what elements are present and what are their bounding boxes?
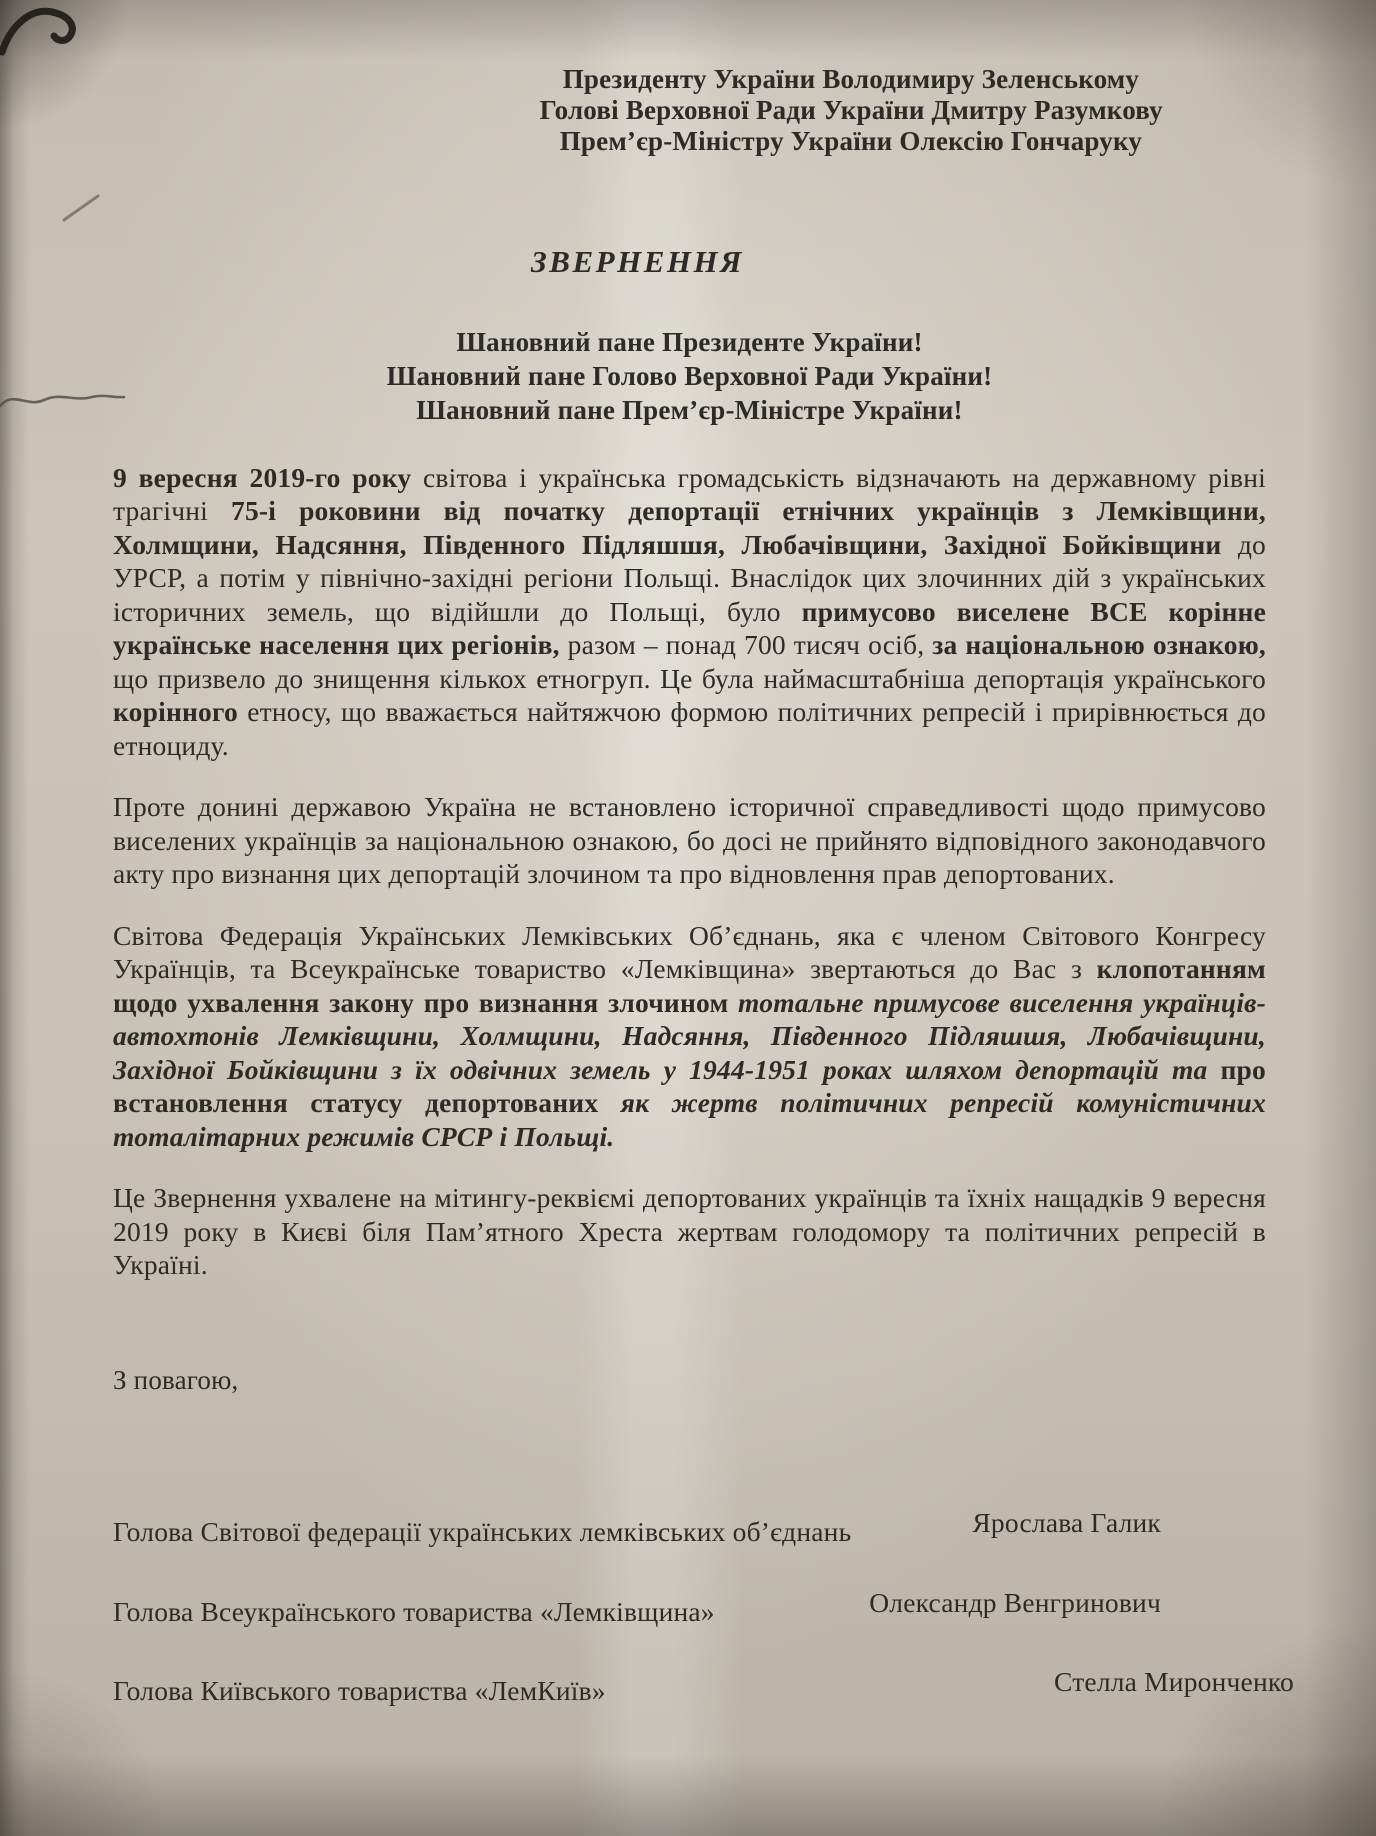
salutation-line: Шановний пане Президенте України!: [113, 325, 1266, 359]
left-margin-stroke-mark: [58, 188, 108, 228]
closing-salutation: З повагою,: [113, 1364, 1266, 1398]
addressee-line: Прем’єр-Міністру України Олексію Гончару…: [540, 126, 1163, 157]
text-run: Світова Федерація Українських Лемківськи…: [113, 920, 1266, 985]
letter-content: Президенту України Володимиру Зеленськом…: [113, 0, 1266, 1754]
addressee-line: Голові Верховної Ради України Дмитру Раз…: [540, 95, 1163, 126]
scanned-letter-page: Президенту України Володимиру Зеленськом…: [0, 0, 1376, 1836]
salutation-line: Шановний пане Голово Верховної Ради Укра…: [113, 359, 1266, 393]
text-run: 75-і роковини від початку депортації етн…: [113, 495, 1266, 560]
text-run: 9 вересня 2019-го року: [113, 462, 423, 493]
paragraph: 9 вересня 2019-го року світова і українс…: [113, 461, 1266, 763]
salutation-block: Шановний пане Президенте України!Шановни…: [113, 325, 1266, 427]
signature-role: Голова Всеукраїнського товариства «Лемкі…: [113, 1595, 715, 1629]
signature-role: Голова Світової федерації українських ле…: [113, 1515, 851, 1549]
paragraph: Проте донині державою Україна не встанов…: [113, 790, 1266, 891]
signature-block: Голова Світової федерації українських ле…: [113, 1515, 1266, 1708]
text-run: за національною ознакою,: [932, 629, 1266, 660]
signature-role: Голова Київського товариства «ЛемКиїв»: [113, 1674, 606, 1708]
signature-row: Голова Світової федерації українських ле…: [113, 1515, 1266, 1549]
paragraph: Світова Федерація Українських Лемківськи…: [113, 919, 1266, 1154]
letter-title: ЗВЕРНЕННЯ: [61, 245, 1214, 279]
text-run: етносу, що вважається найтяжчою формою п…: [113, 696, 1266, 761]
text-run: Проте донині державою Україна не встанов…: [113, 791, 1266, 889]
signature-name: Олександр Венгринович: [869, 1586, 1161, 1620]
paragraph: Це Звернення ухвалене на мітингу-реквієм…: [113, 1181, 1266, 1282]
corner-scribble-mark: [0, 0, 130, 70]
text-run: Це Звернення ухвалене на мітингу-реквієм…: [113, 1182, 1266, 1280]
signature-name: Ярослава Галик: [972, 1506, 1161, 1540]
addressee-block: Президенту України Володимиру Зеленськом…: [540, 64, 1163, 157]
signature-name: Стелла Миронченко: [1054, 1665, 1294, 1699]
text-run: що призвело до знищення кількох етногруп…: [113, 663, 1266, 694]
body-paragraphs: 9 вересня 2019-го року світова і українс…: [113, 461, 1266, 1282]
signature-row: Голова Київського товариства «ЛемКиїв»Ст…: [113, 1674, 1266, 1708]
signature-row: Голова Всеукраїнського товариства «Лемкі…: [113, 1595, 1266, 1629]
text-run: корінного: [113, 696, 247, 727]
text-run: разом – понад 700 тисяч осіб,: [568, 629, 933, 660]
salutation-line: Шановний пане Прем’єр-Міністре України!: [113, 393, 1266, 427]
addressee-line: Президенту України Володимиру Зеленськом…: [540, 64, 1163, 95]
